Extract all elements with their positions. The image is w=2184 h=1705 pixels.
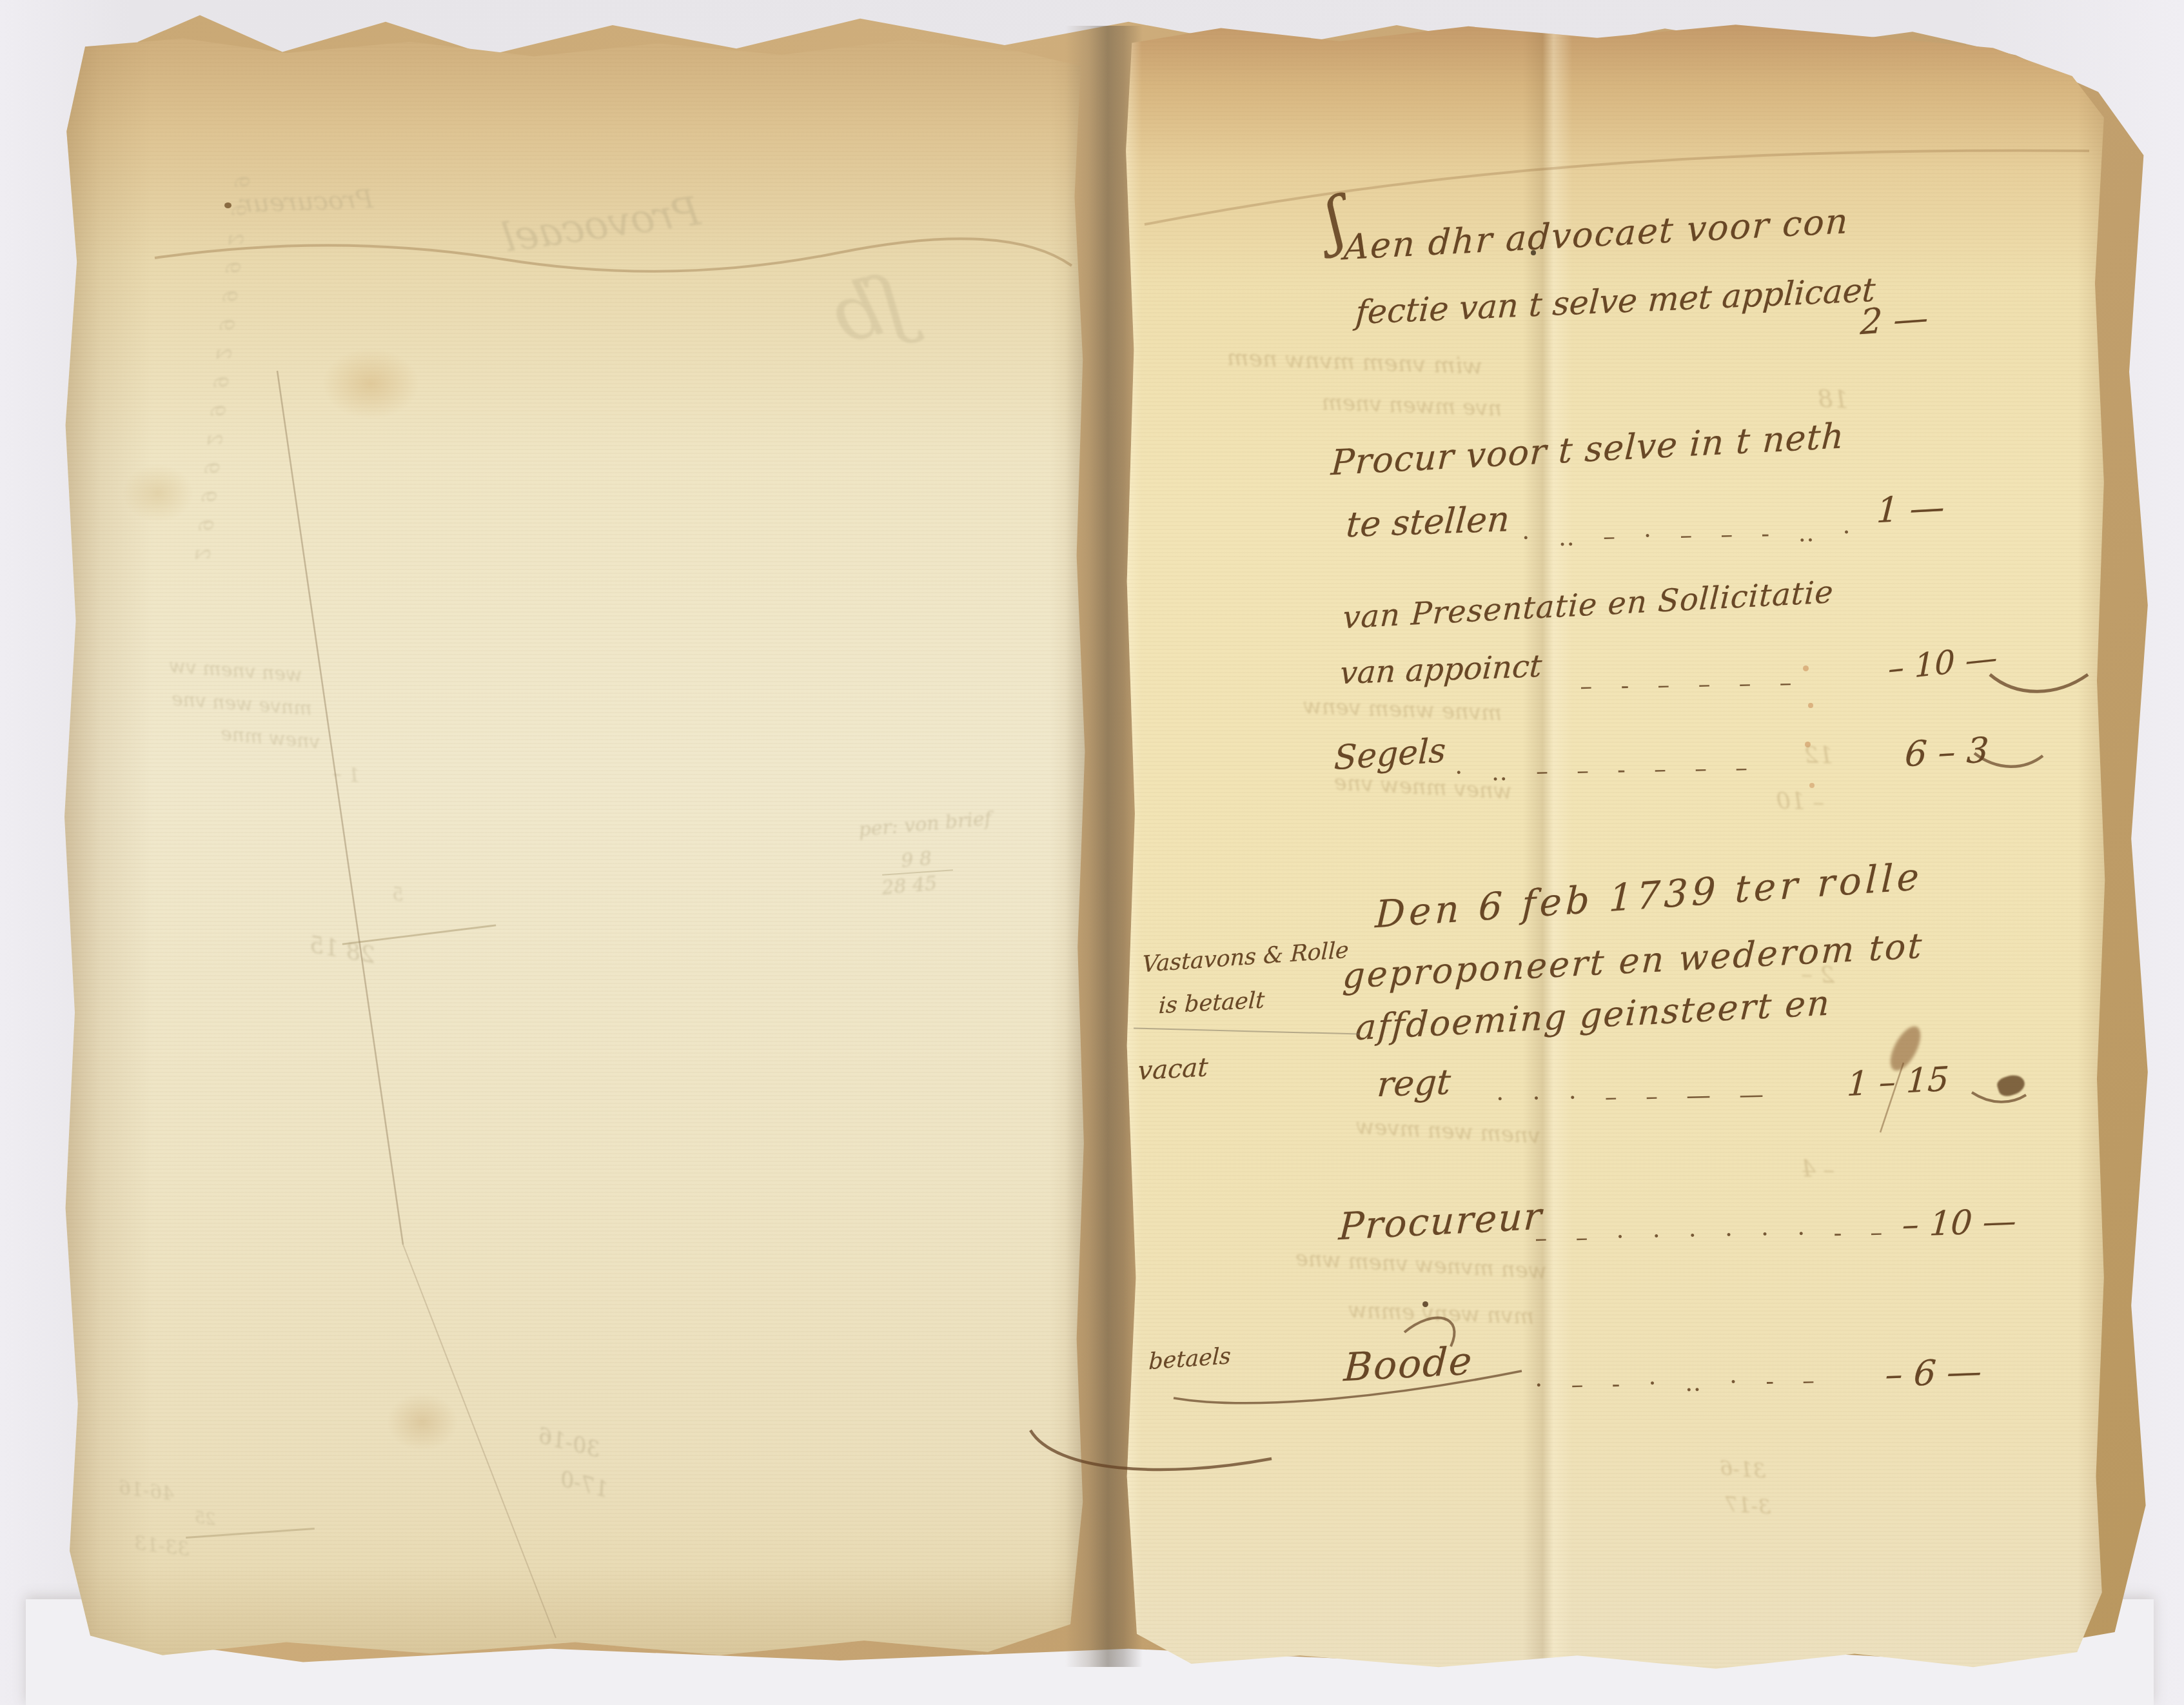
flourish-strokes [0, 0, 2184, 1705]
manuscript-scan: Provocael Procureur ʃb 2 9 9 9 2 9 9 2 9… [0, 0, 2184, 1705]
